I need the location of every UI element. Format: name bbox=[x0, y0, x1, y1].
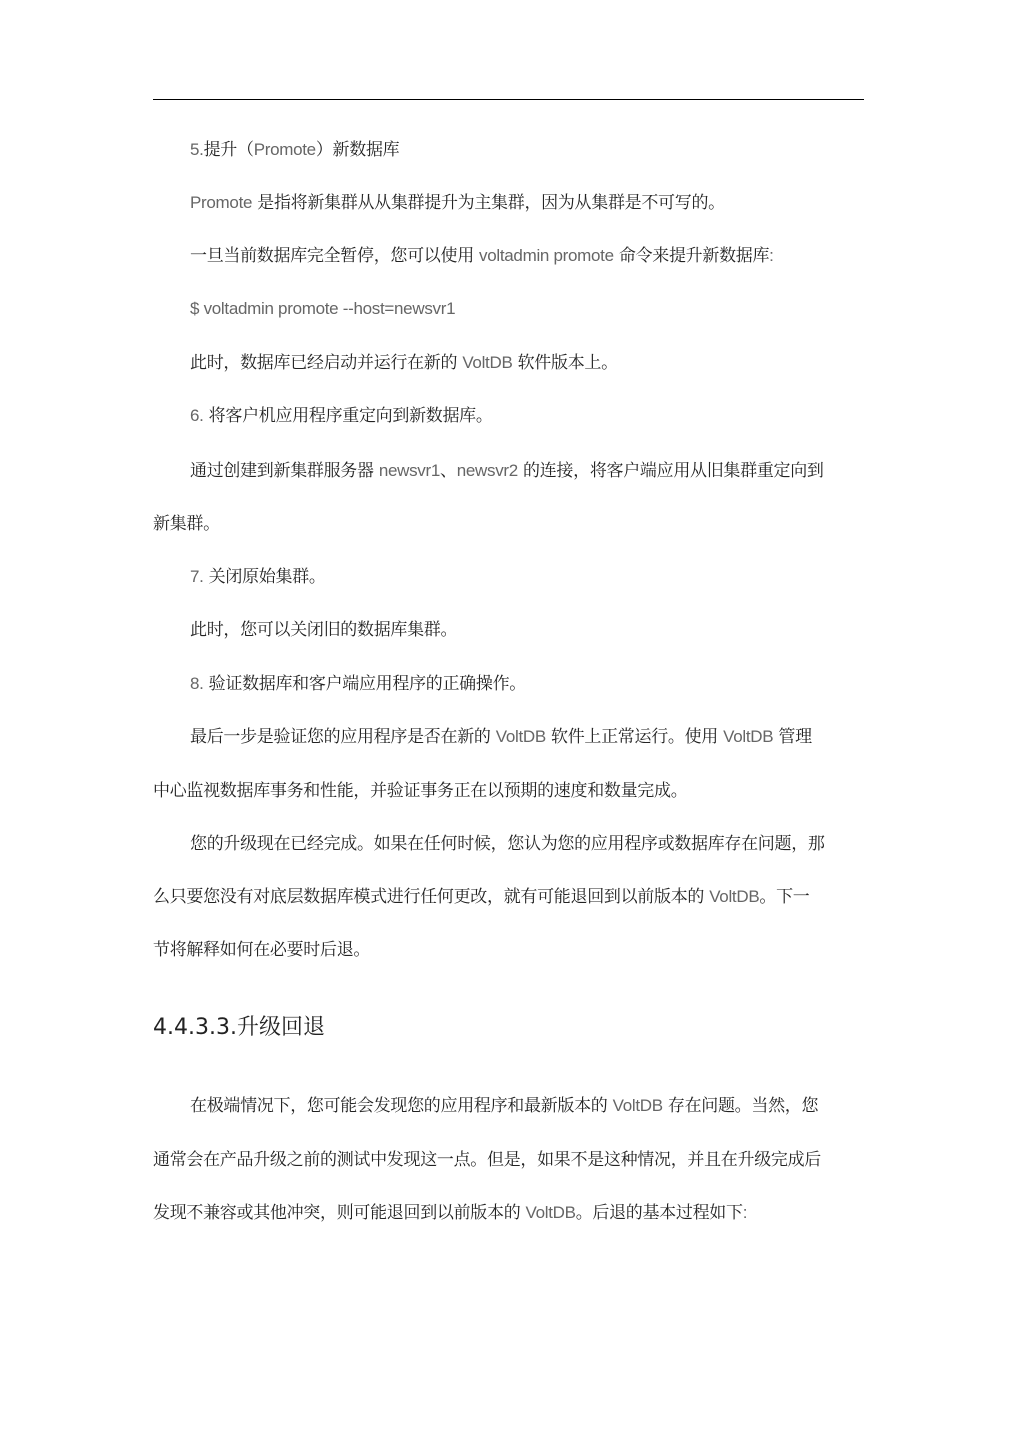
paragraph-database-running: 此时，数据库已经启动并运行在新的 VoltDB 软件版本上。 bbox=[190, 352, 618, 374]
paragraph-fallback-line-3: 发现不兼容或其他冲突，则可能退回到以前版本的 VoltDB。后退的基本过程如下: bbox=[153, 1202, 747, 1224]
step-7-title: 7. 关闭原始集群。 bbox=[190, 566, 326, 588]
paragraph-redirect-clients-line-2: 新集群。 bbox=[153, 513, 220, 535]
paragraph-redirect-clients-line-1: 通过创建到新集群服务器 newsvr1、newsvr2 的连接，将客户端应用从旧… bbox=[190, 460, 824, 482]
step-number: 7. bbox=[190, 567, 204, 586]
paragraph-shutdown-old-cluster: 此时，您可以关闭旧的数据库集群。 bbox=[190, 619, 457, 641]
step-number: 6. bbox=[190, 406, 204, 425]
paragraph-upgrade-complete-line-1: 您的升级现在已经完成。如果在任何时候，您认为您的应用程序或数据库存在问题，那 bbox=[190, 833, 825, 855]
paragraph-upgrade-complete-line-3: 节将解释如何在必要时后退。 bbox=[153, 939, 370, 961]
code-command-line: $ voltadmin promote --host=newsvr1 bbox=[190, 298, 455, 320]
header-rule bbox=[153, 99, 864, 100]
step-8-title: 8. 验证数据库和客户端应用程序的正确操作。 bbox=[190, 673, 526, 695]
step-6-title: 6. 将客户机应用程序重定向到新数据库。 bbox=[190, 405, 493, 427]
paragraph-promote-command-intro: 一旦当前数据库完全暂停，您可以使用 voltadmin promote 命令来提… bbox=[190, 245, 774, 267]
paragraph-verify-line-2: 中心监视数据库事务和性能，并验证事务正在以预期的速度和数量完成。 bbox=[153, 780, 687, 802]
paragraph-fallback-line-2: 通常会在产品升级之前的测试中发现这一点。但是，如果不是这种情况，并且在升级完成后 bbox=[153, 1149, 821, 1171]
step-number: 5. bbox=[190, 140, 204, 159]
paragraph-fallback-line-1: 在极端情况下，您可能会发现您的应用程序和最新版本的 VoltDB 存在问题。当然… bbox=[190, 1095, 818, 1117]
paragraph-verify-line-1: 最后一步是验证您的应用程序是否在新的 VoltDB 软件上正常运行。使用 Vol… bbox=[190, 726, 812, 748]
step-number: 8. bbox=[190, 674, 204, 693]
paragraph-promote-definition: Promote 是指将新集群从从集群提升为主集群，因为从集群是不可写的。 bbox=[190, 192, 725, 214]
step-5-title: 5.提升（Promote）新数据库 bbox=[190, 139, 399, 161]
paragraph-upgrade-complete-line-2: 么只要您没有对底层数据库模式进行任何更改，就有可能退回到以前版本的 VoltDB… bbox=[153, 886, 809, 908]
section-heading: 4.4.3.3.升级回退 bbox=[153, 1014, 325, 1042]
